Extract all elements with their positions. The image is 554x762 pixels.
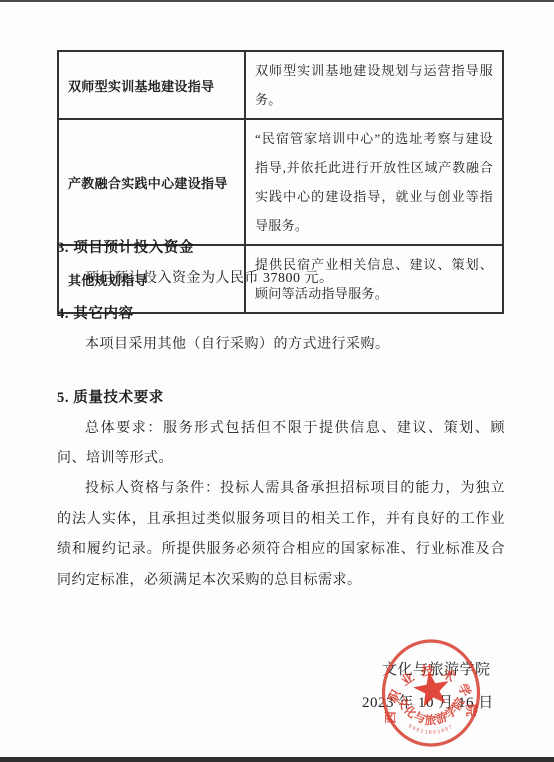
paragraph-other: 本项目采用其他（自行采购）的方式进行采购。 (57, 330, 505, 360)
table-cell-content: 双师型实训基地建设规划与运营指导服务。 (245, 51, 503, 119)
document-body: 3. 项目预计投入资金 项目预计投入资金为人民币 37800 元。 4. 其它内… (57, 238, 505, 596)
paragraph-bidder-qualifications: 投标人资格与条件：投标人需具备承担招标项目的能力，为独立的法人实体，且承担过类似… (57, 474, 505, 596)
section-heading-funds: 3. 项目预计投入资金 (57, 238, 505, 258)
paragraph-quality-overall: 总体要求：服务形式包括但不限于提供信息、建议、策划、顾问、培训等形式。 (57, 414, 505, 474)
table-cell-label: 产教融合实践中心建设指导 (58, 119, 245, 245)
section-heading-quality: 5. 质量技术要求 (57, 388, 505, 408)
section-heading-other: 4. 其它内容 (57, 304, 505, 324)
table-row: 产教融合实践中心建设指导 “民宿管家培训中心”的选址考察与建设指导,并依托此进行… (58, 119, 503, 245)
table-row: 双师型实训基地建设指导 双师型实训基地建设规划与运营指导服务。 (58, 51, 503, 119)
scan-edge-top (0, 0, 554, 2)
paragraph-funds: 项目预计投入资金为人民币 37800 元。 (57, 264, 505, 294)
official-red-seal: 西职业技术学院 文化与旅游学院 09021003007 (380, 639, 482, 749)
table-cell-label: 双师型实训基地建设指导 (58, 51, 245, 119)
scan-edge-bottom (0, 757, 554, 762)
scanned-document-page: 双师型实训基地建设指导 双师型实训基地建设规划与运营指导服务。 产教融合实践中心… (0, 0, 554, 762)
table-cell-content: “民宿管家培训中心”的选址考察与建设指导,并依托此进行开放性区域产教融合实践中心… (245, 119, 503, 245)
